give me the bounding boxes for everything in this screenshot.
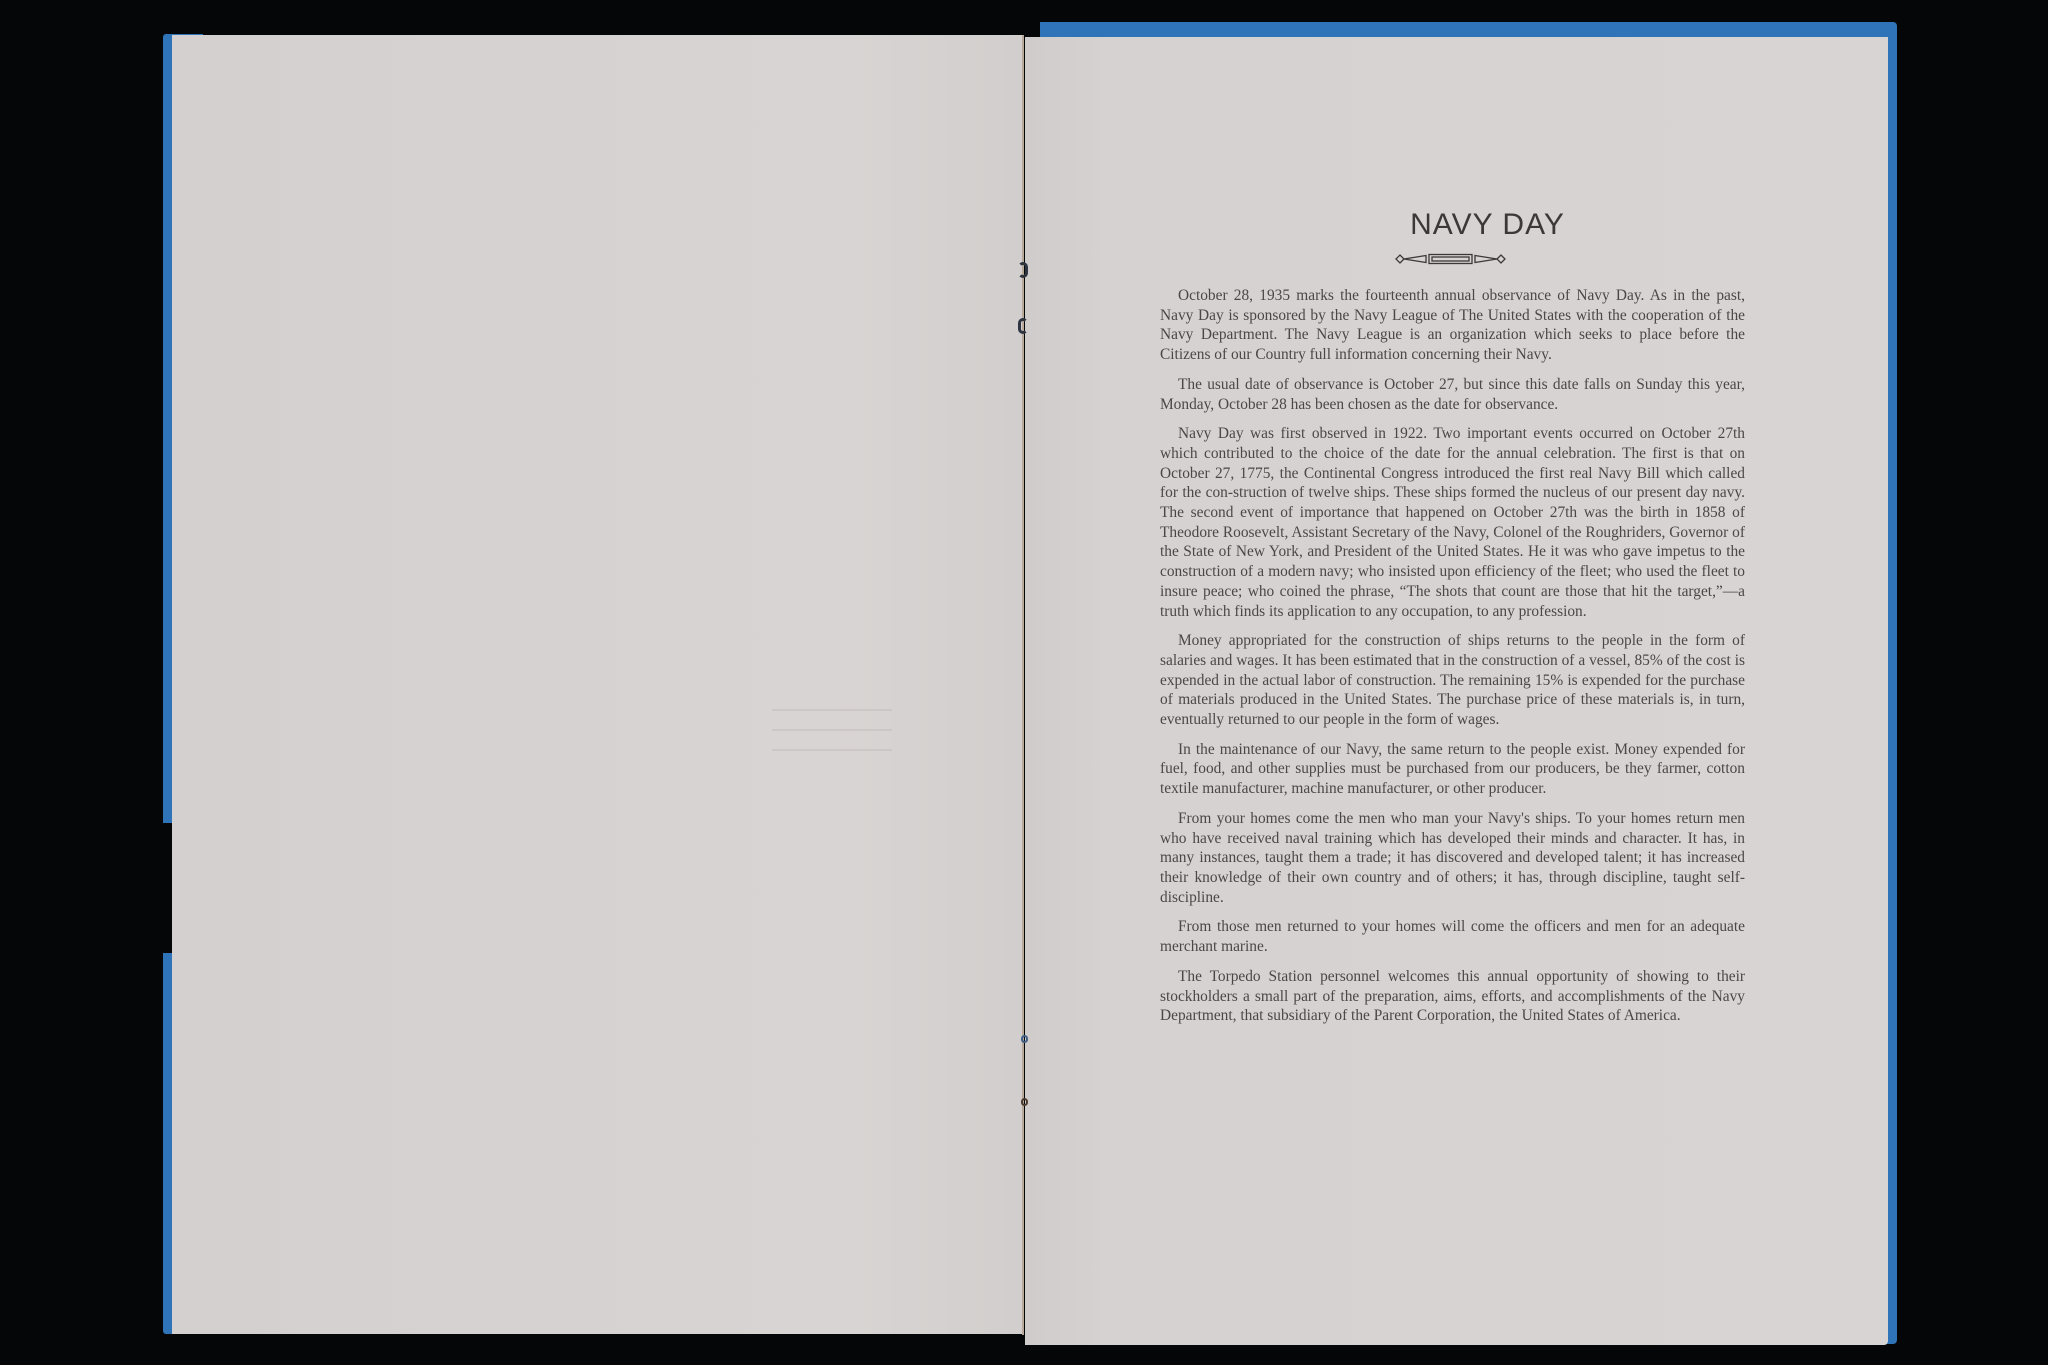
paragraph: In the maintenance of our Navy, the same… <box>1160 740 1745 799</box>
cover-torn-notch <box>160 823 172 953</box>
ink-showthrough <box>772 705 892 765</box>
left-page-blank <box>172 35 1023 1334</box>
paragraph: October 28, 1935 marks the fourteenth an… <box>1160 286 1745 365</box>
paragraph: The usual date of observance is October … <box>1160 375 1745 414</box>
paragraph: From those men returned to your homes wi… <box>1160 917 1745 956</box>
title-divider-ornament-icon <box>1394 252 1510 266</box>
booklet-spine-fold <box>1022 35 1024 1335</box>
paragraph: From your homes come the men who man you… <box>1160 809 1745 908</box>
staple-icon <box>1018 318 1028 334</box>
article: NAVY DAY October 28, 1935 marks the four… <box>1160 190 1745 1036</box>
staple-icon <box>1021 1098 1028 1106</box>
paragraph: The Torpedo Station personnel welcomes t… <box>1160 967 1745 1026</box>
page-title: NAVY DAY <box>1230 208 1745 242</box>
staple-icon <box>1018 262 1028 278</box>
staple-icon <box>1021 1035 1028 1043</box>
paragraph: Navy Day was first observed in 1922. Two… <box>1160 424 1745 621</box>
paragraph: Money appropriated for the construction … <box>1160 631 1745 730</box>
